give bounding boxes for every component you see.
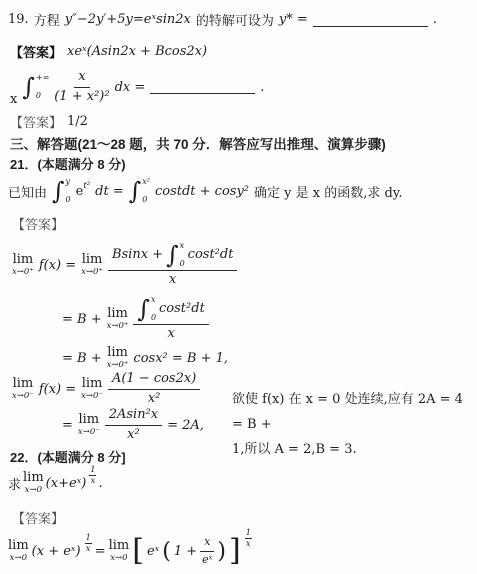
right-square-bracket: ] bbox=[229, 533, 241, 568]
fraction-denominator: x² bbox=[148, 390, 161, 407]
answer-label: 【答案】 bbox=[12, 214, 64, 233]
note-line-2: 1,所以 A = 2,B = 3. bbox=[232, 438, 474, 463]
exponent-denominator: x bbox=[91, 476, 96, 485]
equals-term: = bbox=[62, 418, 73, 433]
limit-word: lim bbox=[109, 539, 130, 552]
fraction: Bsinx + ∫ x 0 cost²dt x bbox=[108, 242, 238, 288]
fraction-denominator: (1 + x²)² bbox=[54, 88, 109, 105]
question-20-dx: dx = bbox=[115, 80, 146, 95]
left-square-bracket: [ bbox=[132, 533, 144, 568]
limit: lim x→0 bbox=[23, 471, 44, 495]
limit-word: lim bbox=[8, 539, 29, 552]
answer-blank bbox=[150, 80, 255, 94]
fraction-numerator: A(1 − cos2x) bbox=[112, 372, 196, 387]
limit-subscript: x→0⁺ bbox=[12, 268, 34, 277]
fraction-denominator: x bbox=[167, 325, 174, 342]
question-21-body: 已知由 ∫ y 0 e t² dt = ∫ x² 0 costdt + cosy… bbox=[8, 172, 403, 210]
limit-subscript: x→0⁻ bbox=[81, 392, 103, 401]
one-plus-term: 1 + bbox=[174, 544, 197, 559]
question-22-heading-text: 22．(本题满分 8 分] bbox=[10, 447, 126, 466]
exponent-denominator: x bbox=[86, 544, 91, 553]
section-heading: 三、解答题(21～28 题，共 70 分．解答应写出推理、演算步骤) bbox=[10, 133, 386, 153]
equation-1-line-2: = B + lim x→0⁺ ∫ x 0 cost²dt x bbox=[62, 292, 209, 346]
exponent-numerator: 1 bbox=[245, 528, 252, 538]
exponent-fraction: 1 x bbox=[245, 528, 252, 547]
integral-glyph: ∫ bbox=[22, 75, 35, 99]
integral-lower-bound: 0 bbox=[36, 92, 49, 100]
question-21-heading: 21．(本题满分 8 分) bbox=[10, 154, 126, 173]
limit-subscript: x→0 bbox=[110, 554, 127, 563]
fraction-denominator: x bbox=[169, 271, 176, 288]
question-19-ystar: y* = bbox=[279, 12, 308, 27]
equation-1-line-1: lim x→0⁺ f(x) = lim x→0⁺ Bsinx + ∫ x 0 c… bbox=[12, 238, 237, 292]
exponent-denominator: x bbox=[246, 539, 251, 548]
exponent-fraction: 1 x bbox=[89, 465, 96, 484]
limit: lim x→0 bbox=[8, 539, 29, 563]
integral-upper-bound: x² bbox=[142, 178, 150, 186]
limit-subscript: x→0⁺ bbox=[107, 361, 129, 370]
question-20: x ∫ +∞ 0 x (1 + x²)² dx = . bbox=[10, 64, 264, 110]
equation-2-line-1: lim x→0⁻ f(x) = lim x→0⁻ A(1 − cos2x) x² bbox=[12, 372, 200, 406]
exponent-fraction: 1 x bbox=[85, 533, 92, 552]
answer-20: 【答案】 1/2 bbox=[10, 112, 88, 131]
equation-3: lim x→0 (x + eˣ) 1 x = lim x→0 [ eˣ ( 1 … bbox=[8, 532, 252, 570]
fraction: A(1 − cos2x) x² bbox=[108, 372, 200, 407]
answer-blank bbox=[313, 13, 428, 27]
fraction: ∫ x 0 cost²dt x bbox=[133, 296, 208, 342]
question-21-text-after: 确定 y 是 x 的函数,求 dy. bbox=[254, 182, 403, 201]
answer-19-formula: xeˣ(Asin2x + Bcos2x) bbox=[67, 44, 207, 59]
integral-sign: ∫ +∞ 0 bbox=[22, 74, 49, 100]
limit-word: lim bbox=[107, 346, 128, 359]
integral-upper-bound: +∞ bbox=[36, 74, 49, 82]
question-19-period: . bbox=[433, 12, 437, 27]
integral-lower-bound: 0 bbox=[66, 196, 71, 204]
question-22-text-before: 求 bbox=[8, 474, 21, 493]
equals-term: = B + bbox=[62, 312, 102, 327]
limit: lim x→0 bbox=[109, 539, 130, 563]
limit-word: lim bbox=[82, 377, 103, 390]
limit-word: lim bbox=[23, 471, 44, 484]
fraction-denominator: x² bbox=[127, 426, 140, 443]
limit: lim x→0⁻ bbox=[78, 413, 100, 437]
answer-20-value: 1/2 bbox=[67, 114, 88, 129]
limit-subscript: x→0 bbox=[10, 554, 27, 563]
equation-1-line-3: = B + lim x→0⁺ cosx² = B + 1, bbox=[62, 348, 228, 368]
numerator-term: cost²dt bbox=[159, 302, 205, 317]
question-20-number: x bbox=[10, 92, 17, 107]
fraction-numerator: x bbox=[78, 70, 85, 85]
fraction-numerator: x bbox=[204, 536, 210, 549]
integral-sign: ∫ y 0 bbox=[52, 178, 71, 204]
integral-upper-bound: y bbox=[66, 178, 71, 186]
integral-lower-bound: 0 bbox=[142, 196, 150, 204]
exponent-numerator: 1 bbox=[85, 533, 92, 543]
limit-subscript: x→0⁺ bbox=[107, 322, 129, 331]
answer-22: 【答案】 bbox=[12, 508, 64, 527]
limit: lim x→0⁺ bbox=[107, 307, 129, 331]
integral-lower-bound: 0 bbox=[180, 260, 185, 268]
question-20-period: . bbox=[260, 80, 264, 95]
limit: lim x→0⁺ bbox=[12, 253, 34, 277]
document-page: 19. 方程 y″−2y′+5y=eˣsin2x 的特解可设为 y* = . 【… bbox=[0, 0, 477, 574]
function-fx: f(x) = bbox=[39, 382, 76, 397]
exponent-numerator: 1 bbox=[89, 465, 96, 475]
e-power-x: eˣ bbox=[147, 544, 159, 559]
equation-result: = 2A, bbox=[167, 418, 204, 433]
equation-result: cosx² = B + 1, bbox=[133, 351, 228, 366]
limit-word: lim bbox=[78, 413, 99, 426]
integral-lower-bound: 0 bbox=[151, 314, 156, 322]
fraction-numerator: 2Asin²x bbox=[109, 408, 158, 423]
question-19-equation: y″−2y′+5y=eˣsin2x bbox=[65, 12, 191, 27]
function-fx: f(x) = bbox=[39, 258, 76, 273]
limit: lim x→0⁻ bbox=[81, 377, 103, 401]
integral-glyph: ∫ bbox=[52, 179, 65, 203]
question-19-number: 19. bbox=[8, 12, 29, 27]
integral-sign: ∫ x 0 bbox=[137, 296, 156, 322]
limit-subscript: x→0⁺ bbox=[81, 268, 103, 277]
fraction-denominator: eˣ bbox=[202, 552, 212, 567]
note-line-1: 欲使 f(x) 在 x = 0 处连续,应有 2A = 4 = B + bbox=[232, 388, 474, 438]
question-19-text-before: 方程 bbox=[34, 10, 60, 29]
continuity-note: 欲使 f(x) 在 x = 0 处连续,应有 2A = 4 = B + 1,所以… bbox=[232, 388, 474, 463]
e-power-t-squared: e t² bbox=[76, 184, 91, 199]
question-22-body: 求 lim x→0 (x+eˣ) 1 x . bbox=[8, 468, 103, 498]
question-19-text-after: 的特解可设为 bbox=[196, 10, 274, 29]
limit: lim x→0⁺ bbox=[81, 253, 103, 277]
limit-expression: (x+eˣ) bbox=[46, 476, 87, 491]
integral-glyph: ∫ bbox=[166, 243, 179, 267]
limit-subscript: x→0⁻ bbox=[78, 428, 100, 437]
fraction: x (1 + x²)² bbox=[54, 70, 109, 105]
numerator-term: Bsinx + bbox=[112, 248, 163, 263]
limit-word: lim bbox=[107, 307, 128, 320]
limit-word: lim bbox=[13, 377, 34, 390]
limit-subscript: x→0 bbox=[25, 486, 42, 495]
integral-sign: ∫ x² 0 bbox=[129, 178, 150, 204]
limit-word: lim bbox=[13, 253, 34, 266]
e-base: e bbox=[76, 184, 84, 199]
limit-word: lim bbox=[82, 253, 103, 266]
right-parenthesis: ) bbox=[217, 539, 226, 564]
equals-term: = bbox=[95, 544, 106, 559]
limit: lim x→0⁻ bbox=[12, 377, 34, 401]
question-21-text-before: 已知由 bbox=[8, 182, 47, 201]
answer-19: 【答案】 xeˣ(Asin2x + Bcos2x) bbox=[10, 42, 207, 61]
answer-label: 【答案】 bbox=[12, 508, 64, 527]
question-19: 19. 方程 y″−2y′+5y=eˣsin2x 的特解可设为 y* = . bbox=[8, 10, 437, 29]
integral-glyph: ∫ bbox=[129, 179, 142, 203]
fraction: x eˣ bbox=[200, 536, 214, 566]
left-parenthesis: ( bbox=[162, 539, 171, 564]
answer-label: 【答案】 bbox=[10, 112, 62, 131]
integral-sign: ∫ x 0 bbox=[166, 242, 185, 268]
limit-expression: (x + eˣ) bbox=[32, 544, 81, 559]
question-21-dt: dt = bbox=[95, 184, 124, 199]
answer-label: 【答案】 bbox=[10, 42, 62, 61]
integral-upper-bound: x bbox=[180, 242, 185, 250]
e-exponent: t² bbox=[83, 181, 90, 191]
integral-glyph: ∫ bbox=[137, 297, 150, 321]
limit-subscript: x→0⁻ bbox=[12, 392, 34, 401]
fraction: 2Asin²x x² bbox=[105, 408, 162, 443]
limit: lim x→0⁺ bbox=[107, 346, 129, 370]
numerator-term: cost²dt bbox=[188, 248, 234, 263]
equation-2-line-2: = lim x→0⁻ 2Asin²x x² = 2A, bbox=[62, 408, 204, 442]
section-heading-text: 三、解答题(21～28 题，共 70 分．解答应写出推理、演算步骤) bbox=[10, 133, 386, 153]
equals-term: = B + bbox=[62, 351, 102, 366]
answer-21: 【答案】 bbox=[12, 214, 64, 233]
question-22-period: . bbox=[98, 476, 102, 491]
integral-upper-bound: x bbox=[151, 296, 156, 304]
question-21-heading-text: 21．(本题满分 8 分) bbox=[10, 154, 126, 173]
question-22-heading: 22．(本题满分 8 分] bbox=[10, 447, 126, 466]
question-21-middle: costdt + cosy² bbox=[155, 184, 249, 199]
